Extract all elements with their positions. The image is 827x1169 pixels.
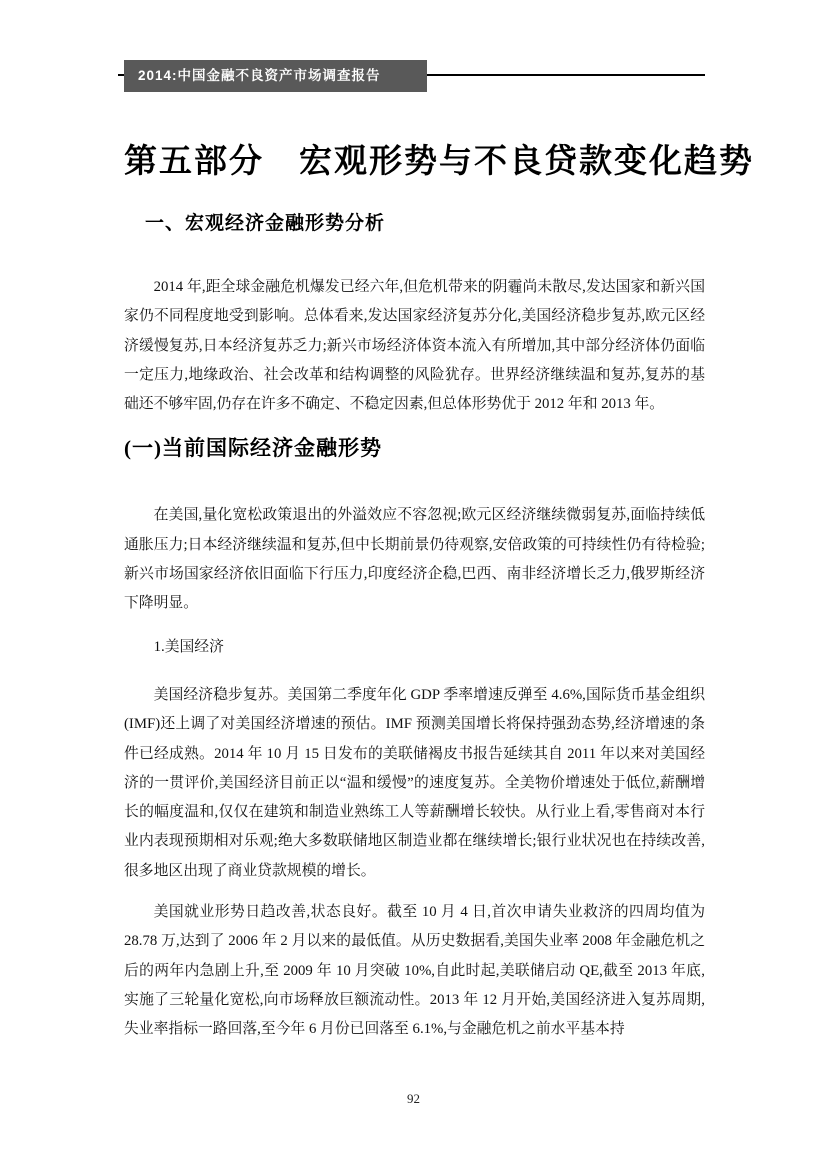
page-number: 92 — [0, 1091, 827, 1107]
topic-heading-us-economy: 1.美国经济 — [124, 633, 705, 662]
section-heading-macro-analysis: 一、宏观经济金融形势分析 — [145, 210, 705, 237]
paragraph-us-employment: 美国就业形势日趋改善,状态良好。截至 10 月 4 日,首次申请失业救济的四周均… — [124, 898, 705, 1044]
paragraph-us-recovery: 美国经济稳步复苏。美国第二季度年化 GDP 季率增速反弹至 4.6%,国际货币基… — [124, 681, 705, 886]
document-page: 2014:中国金融不良资产市场调查报告 第五部分 宏观形势与不良贷款变化趋势 一… — [0, 0, 827, 1169]
paragraph-global-overview: 2014 年,距全球金融危机爆发已经六年,但危机带来的阴霾尚未散尽,发达国家和新… — [124, 273, 705, 419]
paragraph-regional-summary: 在美国,量化宽松政策退出的外溢效应不容忽视;欧元区经济继续微弱复苏,面临持续低通… — [124, 501, 705, 618]
chapter-title: 第五部分 宏观形势与不良贷款变化趋势 — [124, 139, 705, 185]
subsection-heading-international-situation: (一)当前国际经济金融形势 — [124, 433, 705, 464]
page-content: 第五部分 宏观形势与不良贷款变化趋势 一、宏观经济金融形势分析 2014 年,距… — [0, 0, 827, 1045]
